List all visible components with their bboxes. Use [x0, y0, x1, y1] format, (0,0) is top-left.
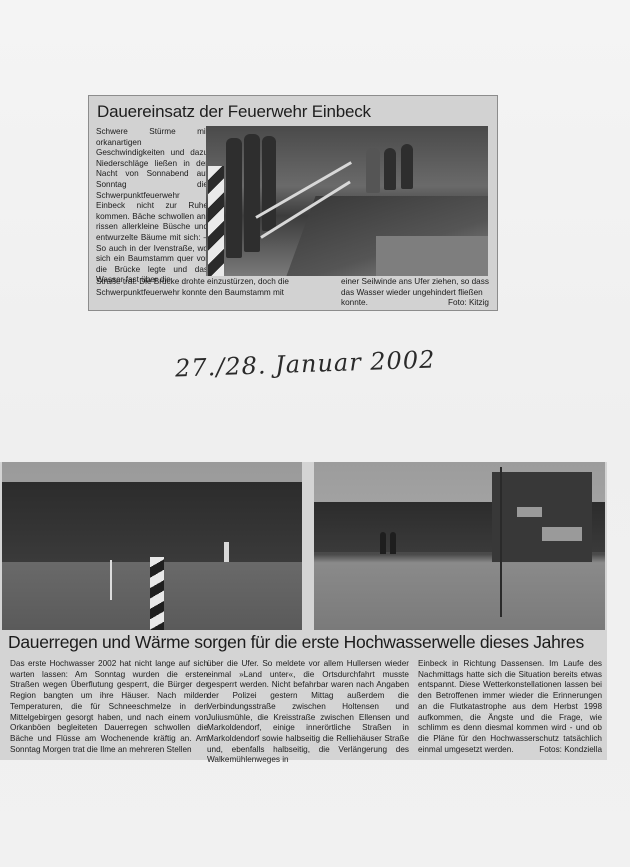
person-figure: [401, 144, 413, 189]
article-column-2: über die Ufer. So meldete vor allem Hull…: [207, 659, 409, 766]
person-walking: [390, 532, 396, 554]
person-figure: [384, 148, 396, 190]
article-column-1: Das erste Hochwasser 2002 hat nicht lang…: [10, 659, 208, 755]
person-walking: [380, 532, 386, 554]
house-window: [542, 527, 582, 541]
flooded-road-photo-left: [2, 462, 302, 630]
firefighters-bridge-photo: [206, 126, 488, 276]
striped-post: [208, 166, 224, 276]
stream-water: [376, 236, 488, 276]
flooded-street-photo-right: [314, 462, 605, 630]
article-body-text: Einbeck in Richtung Dassensen. Im Laufe …: [418, 659, 602, 754]
firefighter-figure: [226, 138, 242, 258]
photo-credit: Foto: Kitzig: [448, 298, 489, 309]
article-body-bottom-left: Straße trat. Die Brücke drohte einzustür…: [96, 277, 334, 298]
house-window: [517, 507, 542, 517]
article-headline: Dauerregen und Wärme sorgen für die erst…: [8, 632, 584, 653]
tree-line: [2, 482, 302, 562]
firefighter-figure: [244, 134, 260, 252]
article-column-3: Einbeck in Richtung Dassensen. Im Laufe …: [418, 659, 602, 755]
article-headline: Dauereinsatz der Feuerwehr Einbeck: [97, 102, 371, 122]
article-body-bottom-right: einer Seilwinde ans Ufer ziehen, so dass…: [341, 277, 489, 309]
article-body-column: Schwere Stürme mit orkanartigen Geschwin…: [96, 127, 208, 286]
newspaper-clipping-bottom: Dauerregen und Wärme sorgen für die erst…: [0, 462, 607, 760]
striped-traffic-post: [150, 557, 164, 630]
firefighter-figure: [366, 148, 380, 193]
lamp-post: [500, 467, 502, 617]
newspaper-clipping-top: Dauereinsatz der Feuerwehr Einbeck Schwe…: [88, 95, 498, 311]
house: [492, 472, 592, 562]
firefighter-figure: [262, 136, 276, 231]
marker-post: [224, 542, 229, 562]
photo-credit: Fotos: Kondziella: [539, 745, 602, 756]
marker-post: [110, 560, 112, 600]
